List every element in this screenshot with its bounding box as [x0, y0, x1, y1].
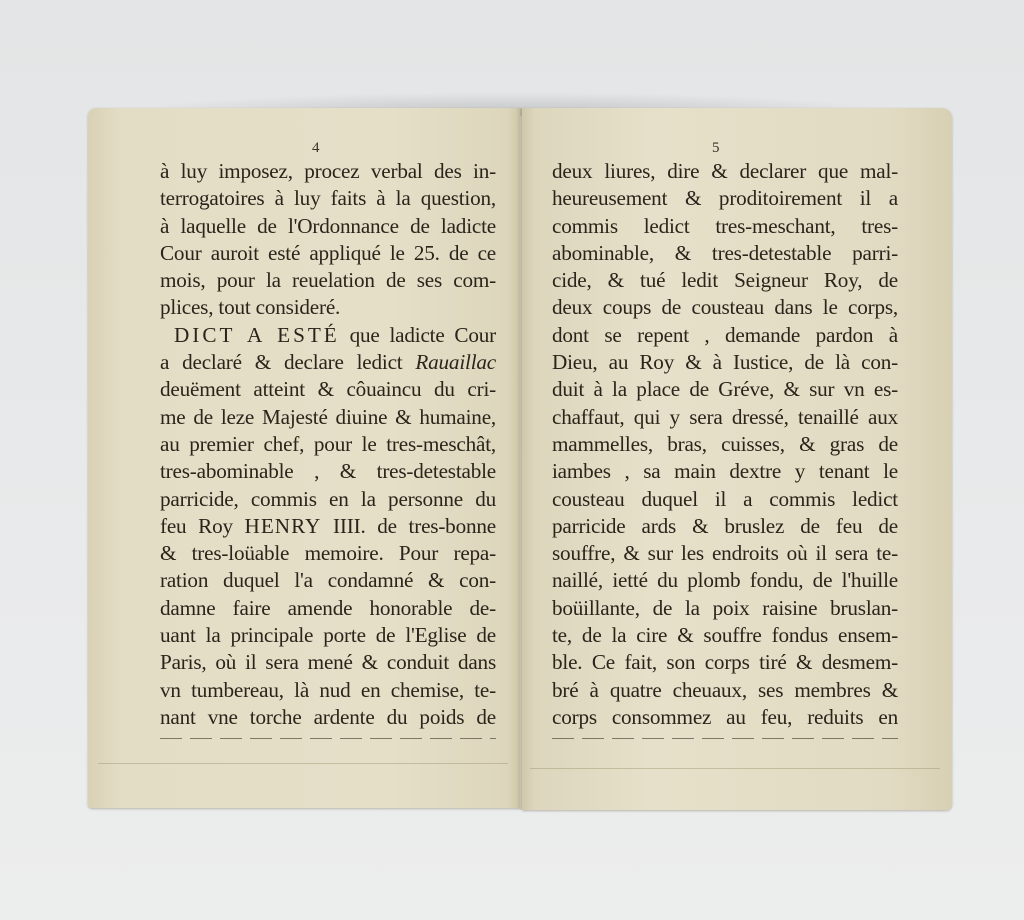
text-line: heureusement & proditoirement il a — [552, 185, 898, 212]
left-page-text: à luy imposez, procez verbal des in- ter… — [160, 158, 496, 731]
text-line: mammelles, bras, cuisses, & gras de — [552, 431, 898, 458]
name-rauaillac: Rauaillac — [415, 350, 496, 374]
text-line: Cour auroit esté appliqué le 25. de ce — [160, 240, 496, 267]
text-line: ration duquel l'a condamné & con- — [160, 567, 496, 594]
text-line: au premier chef, pour le tres-meschât, — [160, 431, 496, 458]
text-line: & tres-loüable memoire. Pour repa- — [160, 540, 496, 567]
text-line: corps consommez au feu, reduits en — [552, 704, 898, 731]
text-line: damne faire amende honorable de- — [160, 595, 496, 622]
text-line: me de leze Majesté diuine & humaine, — [160, 404, 496, 431]
right-page-text: deux liures, dire & declarer que mal- he… — [552, 158, 898, 731]
text-line-rauaillac: a declaré & declare ledict Rauaillac — [160, 349, 496, 376]
text-line: plices, tout consideré. — [160, 294, 496, 321]
name-henry: HENRY — [245, 514, 322, 538]
left-page: 4 à luy imposez, procez verbal des in- t… — [88, 108, 520, 808]
text-line-henry: feu Roy HENRY IIII. de tres-bonne — [160, 513, 496, 540]
text-line: commis ledict tres-meschant, tres- — [552, 213, 898, 240]
text-line: cousteau duquel il a commis ledict — [552, 486, 898, 513]
text-line: terrogatoires à luy faits à la question, — [160, 185, 496, 212]
text-line: naillé, ietté du plomb fondu, de l'huill… — [552, 567, 898, 594]
text-line: nant vne torche ardente du poids de — [160, 704, 496, 731]
text-line: souffre, & sur les endroits où il sera t… — [552, 540, 898, 567]
text-line: deux coups de cousteau dans le corps, — [552, 294, 898, 321]
text-line: tres-abominable , & tres-detestable — [160, 458, 496, 485]
right-page: 5 deux liures, dire & declarer que mal- … — [522, 108, 952, 810]
text-line: vn tumbereau, là nud en chemise, te- — [160, 677, 496, 704]
decree-heading: DICT A ESTÉ — [174, 323, 340, 347]
text-line: te, de la cire & souffre fondus ensem- — [552, 622, 898, 649]
text-line: mois, pour la reuelation de ses com- — [160, 267, 496, 294]
open-booklet: 4 à luy imposez, procez verbal des in- t… — [88, 108, 954, 812]
text-line: parricide, commis en la personne du — [160, 486, 496, 513]
text-line: Dieu, au Roy & à Iustice, de là con- — [552, 349, 898, 376]
text-line: bré à quatre cheuaux, ses membres & — [552, 677, 898, 704]
text-line: uant la principale porte de l'Eglise de — [160, 622, 496, 649]
page-number-left: 4 — [312, 140, 320, 157]
text-line: deux liures, dire & declarer que mal- — [552, 158, 898, 185]
text-line: Paris, où il sera mené & conduit dans — [160, 649, 496, 676]
page-crease — [98, 763, 508, 764]
text-line: cide, & tué ledit Seigneur Roy, de — [552, 267, 898, 294]
text-line: abominable, & tres-detestable parri- — [552, 240, 898, 267]
text-line: à luy imposez, procez verbal des in- — [160, 158, 496, 185]
ink-offset-rule — [160, 738, 496, 739]
page-number-right: 5 — [712, 140, 720, 157]
text-line: chaffaut, qui y sera dressé, tenaillé au… — [552, 404, 898, 431]
text-line: boüillante, de la poix raisine bruslan- — [552, 595, 898, 622]
text-line: deuëment atteint & côuaincu du cri- — [160, 376, 496, 403]
text-line-decree: DICT A ESTÉ que ladicte Cour — [160, 322, 496, 349]
page-crease — [530, 768, 940, 769]
text-line: duit à la place de Gréve, & sur vn es- — [552, 376, 898, 403]
text-line: à laquelle de l'Ordonnance de ladicte — [160, 213, 496, 240]
text-line: dont se repent , demande pardon à — [552, 322, 898, 349]
text-line: iambes , sa main dextre y tenant le — [552, 458, 898, 485]
ink-offset-rule — [552, 738, 898, 739]
text-line: parricide ards & bruslez de feu de — [552, 513, 898, 540]
text-line: ble. Ce fait, son corps tiré & desmem- — [552, 649, 898, 676]
